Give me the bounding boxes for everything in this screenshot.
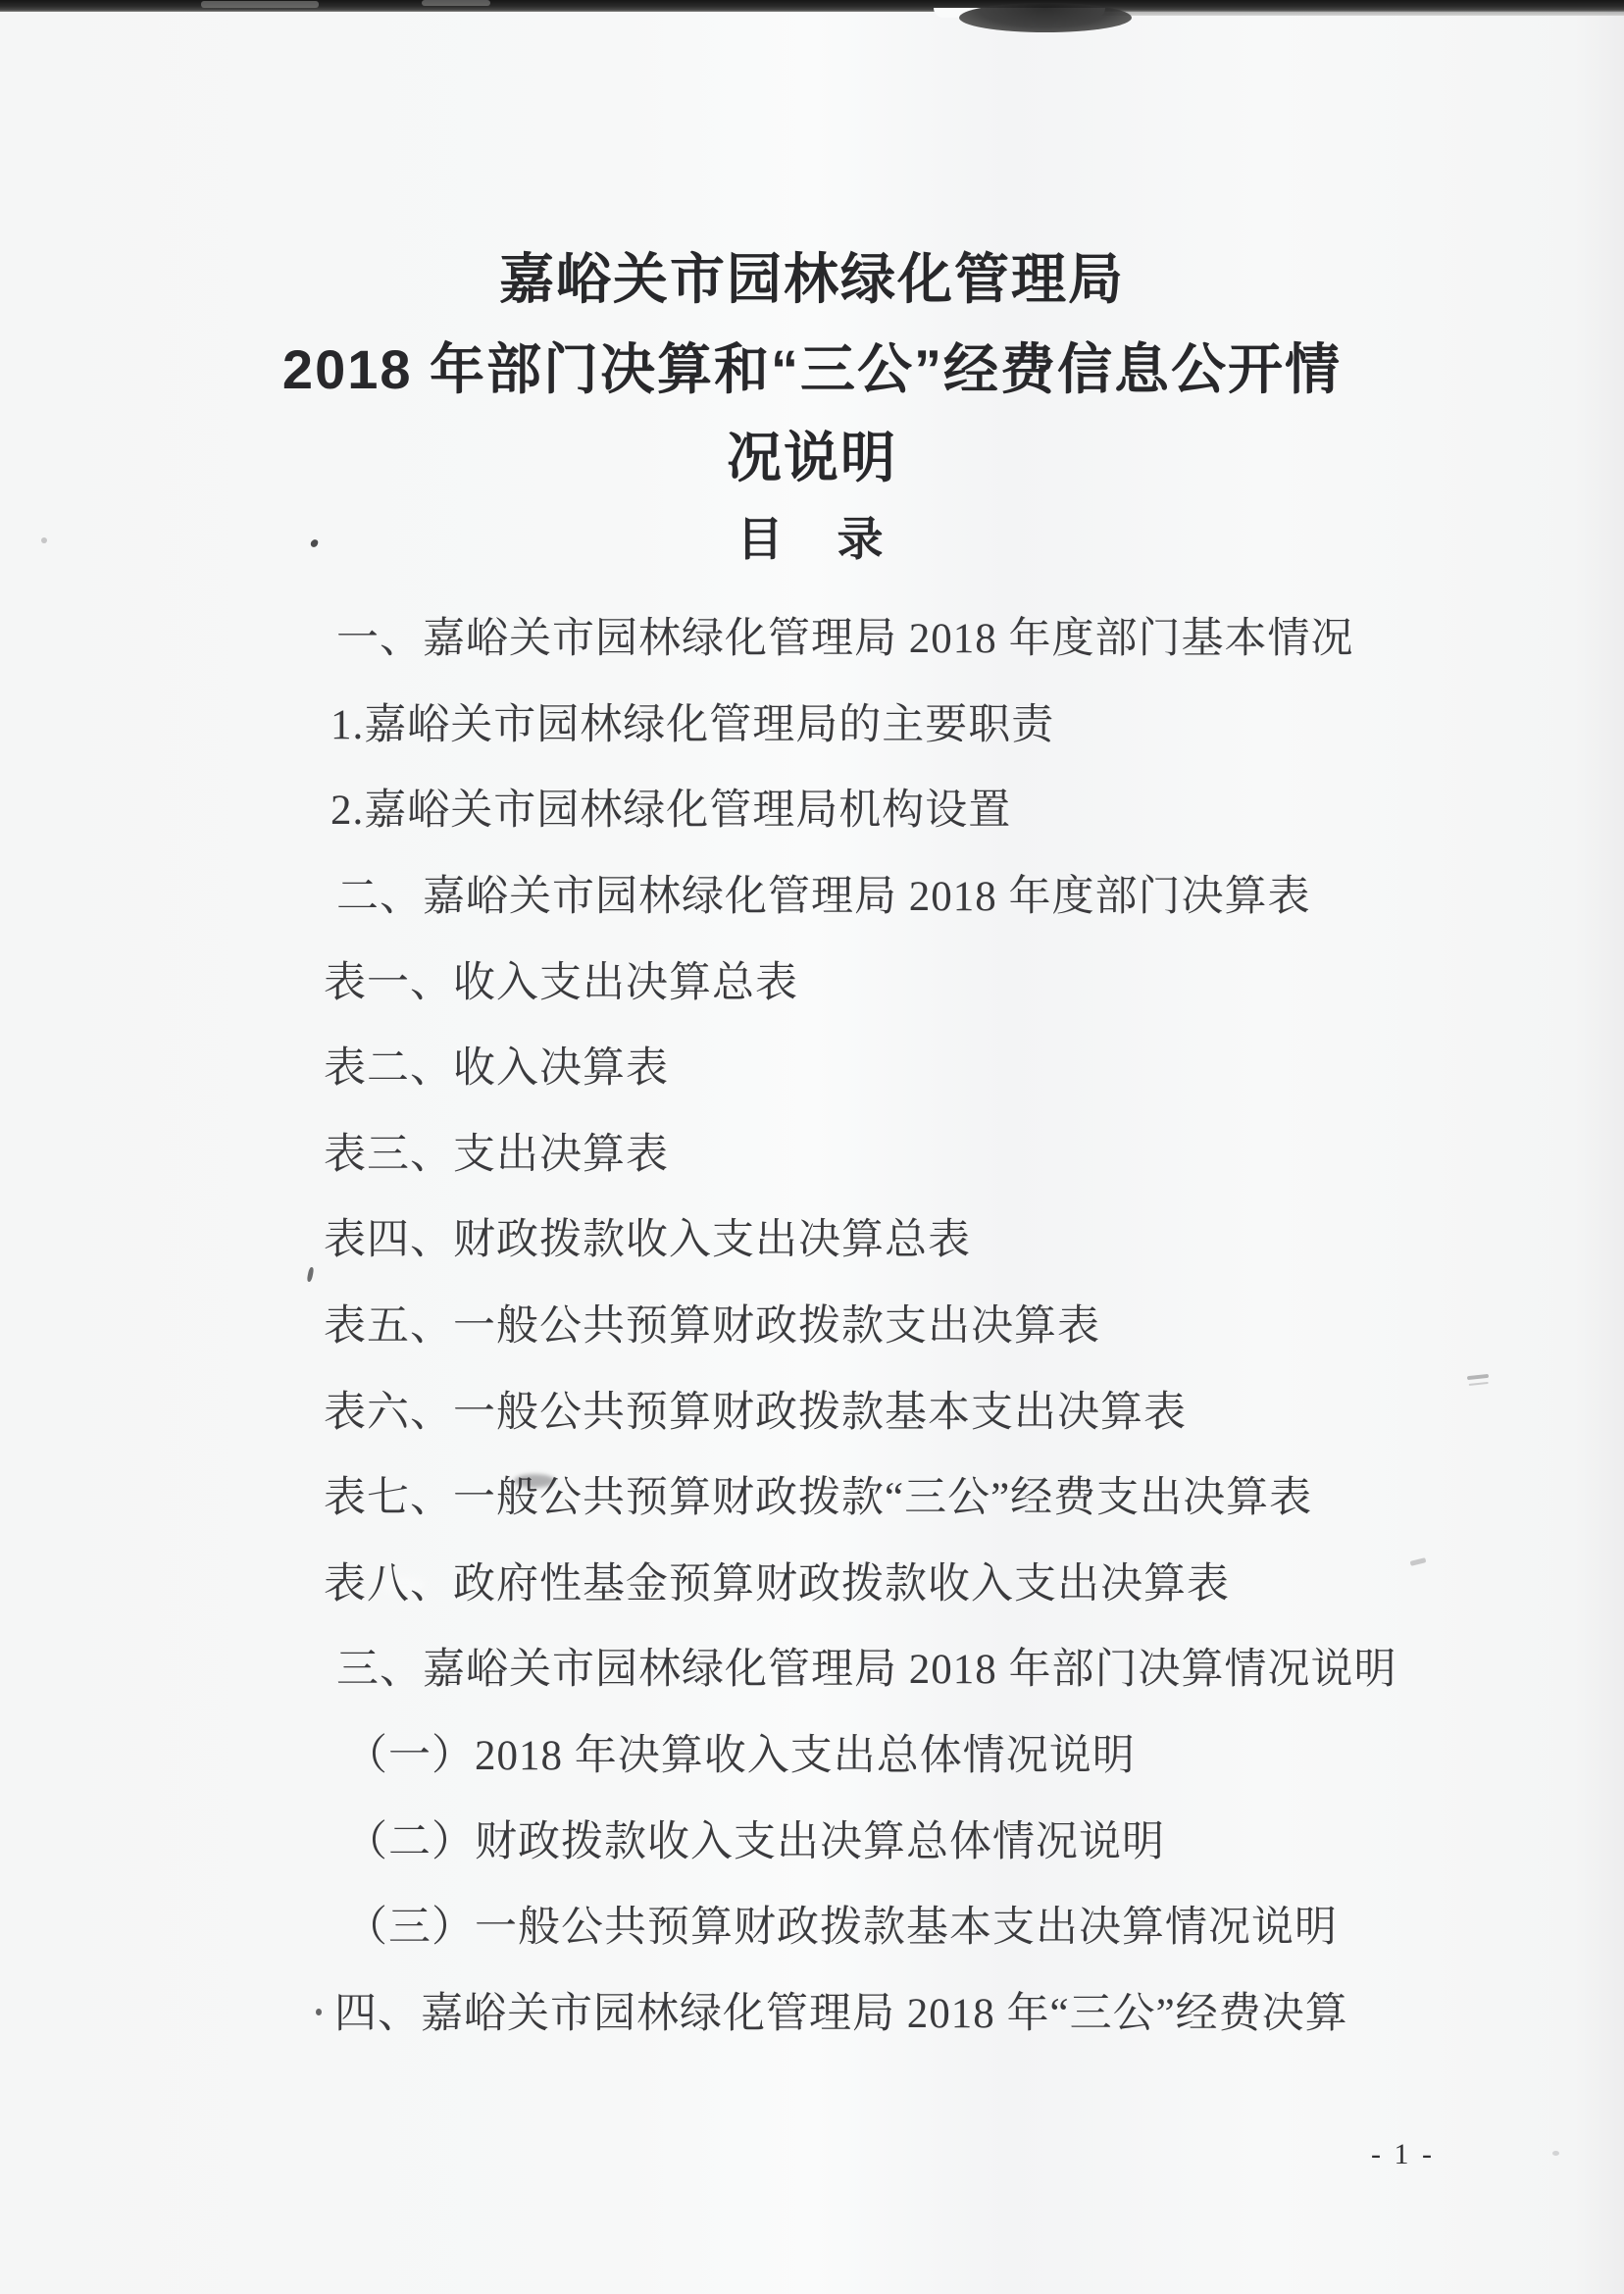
toc-item-text: 二、嘉峪关市园林绿化管理局 2018 年度部门决算表 [336,863,1311,923]
toc-item-text: 四、嘉峪关市园林绿化管理局 2018 年“三公”经费决算 [334,1980,1348,2040]
toc-list: 一、嘉峪关市园林绿化管理局 2018 年度部门基本情况 1.嘉峪关市园林绿化管理… [0,592,1624,2053]
toc-item-text: （二）财政拨款收入支出决算总体情况说明 [345,1809,1165,1868]
toc-item: 表八、政府性基金预算财政拨款收入支出决算表 [0,1538,1624,1624]
document-title-line-2: 2018 年部门决算和“三公”经费信息公开情 [0,339,1624,400]
toc-item-text: 表八、政府性基金预算财政拨款收入支出决算表 [324,1551,1230,1610]
toc-item-text: 1.嘉峪关市园林绿化管理局的主要职责 [330,691,1054,751]
scanned-document-page: 嘉峪关市园林绿化管理局 2018 年部门决算和“三公”经费信息公开情 况说明 目… [0,0,1624,2294]
toc-item-text: 表五、一般公共预算财政拨款支出决算表 [324,1293,1100,1352]
scan-top-patch [422,0,490,6]
toc-item-text: 表一、收入支出决算总表 [324,949,798,1009]
toc-item-text: 表六、一般公共预算财政拨款基本支出决算表 [324,1379,1187,1439]
toc-item-text: 三、嘉峪关市园林绿化管理局 2018 年部门决算情况说明 [336,1636,1397,1696]
toc-item-text: 表三、支出决算表 [324,1121,669,1181]
toc-item-text: 表二、收入决算表 [324,1035,669,1095]
toc-item: 表五、一般公共预算财政拨款支出决算表 [0,1280,1624,1366]
toc-item: 表六、一般公共预算财政拨款基本支出决算表 [0,1365,1624,1452]
toc-item-text: 2.嘉峪关市园林绿化管理局机构设置 [330,777,1011,837]
toc-item: 表二、收入决算表 [0,1022,1624,1108]
document-title-line-1: 嘉峪关市园林绿化管理局 [0,249,1624,310]
page-number: - 1 - [1371,2138,1435,2171]
toc-item: 四、嘉峪关市园林绿化管理局 2018 年“三公”经费决算 [0,1967,1624,2054]
scan-page-curl-shadow [959,3,1132,32]
toc-heading: 目 录 [0,514,1624,565]
document-title-line-3: 况说明 [0,428,1624,488]
toc-item: 二、嘉峪关市园林绿化管理局 2018 年度部门决算表 [0,850,1624,937]
scan-top-edge-streak [1098,11,1624,16]
toc-item-text: 表四、财政拨款收入支出决算总表 [324,1206,971,1266]
toc-item: 1.嘉峪关市园林绿化管理局的主要职责 [0,679,1624,765]
toc-item: 表一、收入支出决算总表 [0,936,1624,1022]
toc-item: 一、嘉峪关市园林绿化管理局 2018 年度部门基本情况 [0,592,1624,679]
toc-item: 三、嘉峪关市园林绿化管理局 2018 年部门决算情况说明 [0,1623,1624,1709]
toc-item-text: （一）2018 年决算收入支出总体情况说明 [345,1722,1136,1782]
toc-item: （一）2018 年决算收入支出总体情况说明 [0,1709,1624,1796]
toc-item: 2.嘉峪关市园林绿化管理局机构设置 [0,764,1624,850]
toc-item: （三）一般公共预算财政拨款基本支出决算情况说明 [0,1881,1624,1967]
toc-item: 表四、财政拨款收入支出决算总表 [0,1194,1624,1280]
toc-item-text: 表七、一般公共预算财政拨款“三公”经费支出决算表 [324,1464,1312,1524]
toc-item: 表三、支出决算表 [0,1108,1624,1195]
toc-item: （二）财政拨款收入支出决算总体情况说明 [0,1795,1624,1881]
scan-speck [1552,2151,1559,2156]
toc-item-text: 一、嘉峪关市园林绿化管理局 2018 年度部门基本情况 [336,605,1354,665]
scan-top-patch [201,1,319,8]
toc-item: 表七、一般公共预算财政拨款“三公”经费支出决算表 [0,1452,1624,1538]
toc-item-text: （三）一般公共预算财政拨款基本支出决算情况说明 [345,1894,1338,1954]
